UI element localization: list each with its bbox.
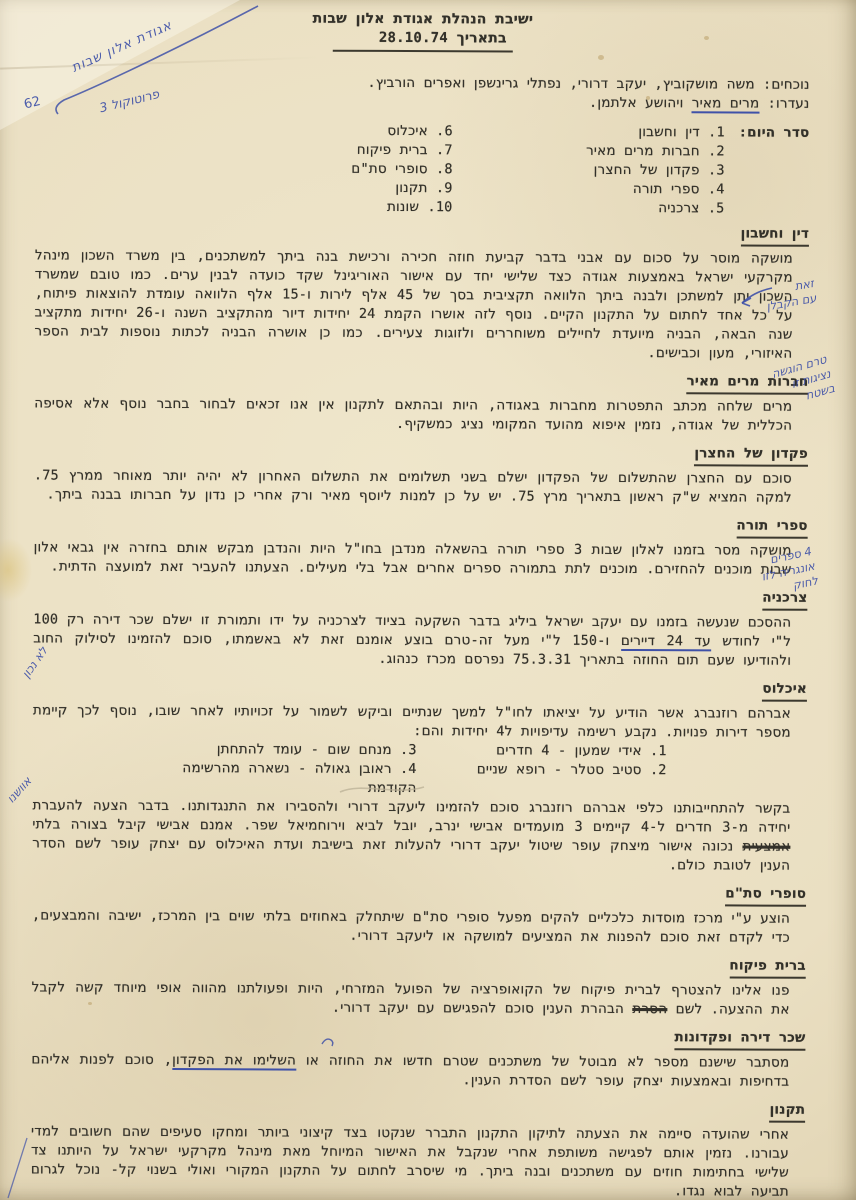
section-body: ההסכם שנעשה בזמנו עם יעקב ישראל ביליג בד… — [33, 610, 791, 670]
title-line-2-date: בתאריך 28.10.74 — [333, 29, 513, 53]
section-brit-pikuach: ברית פיקוח פנו אלינו להצטרף לברית פיקוח … — [32, 953, 806, 1019]
section-stam-scribes: סופרי סת"ם הוצע ע"י מרכז מוסדות כלכליים … — [32, 881, 806, 947]
typed-over-word: אמצעית — [743, 839, 791, 855]
section-heading: ספרי תורה — [736, 516, 807, 538]
section-heading: פקדון של החצרן — [694, 444, 808, 466]
section-regulations: תקנון אחרי שהועדה סיימה את הצעתה לתיקון … — [31, 1097, 805, 1200]
body-text: מסתבר שישנם מספר לא מבוטל של משתכנים שטר… — [296, 1053, 789, 1071]
absent-rest: ויהושע אלתמן. — [589, 95, 692, 111]
section-torah-scrolls: ספרי תורה מושקה מסר בזמנו לאלון שבות 3 ס… — [33, 513, 807, 579]
absent-label: נעדרו: — [759, 96, 809, 112]
agenda-block: סדר היום: 1. דין וחשבון 2. חברות מרים מא… — [35, 120, 809, 218]
section-heading: ברית פיקוח — [729, 956, 805, 978]
agenda-label: סדר היום: — [738, 123, 809, 218]
section-heading: סופרי סת"ם — [725, 884, 806, 906]
section-grocery: צרכניה ההסכם שנעשה בזמנו עם יעקב ישראל ב… — [33, 585, 807, 670]
list-item: 4. ראובן גאולה - נשארה מהרשימה הקודמת — [137, 759, 417, 798]
section-body: מושקה מוסר על סכום עם אבני בדבר קביעת חו… — [34, 246, 792, 363]
agenda-item: 1. דין וחשבון — [503, 122, 725, 142]
section-heading: שכר דירה ופקדונות — [674, 1028, 805, 1051]
section-heading: דין וחשבון — [741, 224, 809, 246]
section-occupancy: איכלוס אברהם רוזנברג אשר הודיע על יציאתו… — [32, 676, 807, 875]
agenda-item: 2. חברות מרים מאיר — [503, 141, 725, 161]
agenda-item: 10. שונות — [242, 197, 452, 217]
agenda-item: 9. תקנון — [243, 178, 453, 198]
section-body: אברהם רוזנברג אשר הודיע על יציאתו לחו"ל … — [33, 701, 791, 742]
section-body: פנו אלינו להצטרף לברית פיקוח של הקואופרצ… — [32, 978, 790, 1019]
section-rent-deposits: שכר דירה ופקדונות מסתבר שישנם מספר לא מב… — [31, 1025, 805, 1091]
agenda-item: 6. איכלוס — [243, 121, 453, 141]
section-body: אחרי שהועדה סיימה את הצעתה לתיקון התקנון… — [31, 1122, 789, 1200]
section-body: מסתבר שישנם מספר לא מבוטל של משתכנים שטר… — [31, 1050, 789, 1091]
pen-underlined-phrase: עד 24 דיירים — [621, 633, 711, 651]
section-heading: איכלוס — [762, 680, 807, 702]
section-membership: חברות מרים מאיר מרים שלחה מכתב התפטרות מ… — [34, 369, 808, 435]
agenda-item: 5. צרכניה — [502, 198, 724, 218]
section-report: דין וחשבון מושקה מוסר על סכום עם אבני בד… — [34, 221, 809, 363]
agenda-items-6-10: 6. איכלוס 7. ברית פיקוח 8. סופרי סת"ם 9.… — [242, 121, 452, 217]
body-text: בקשר להתחייבותנו כלפי אברהם רוזנברג סוכם… — [32, 797, 790, 835]
section-deposit: פקדון של החצרן סוכם עם החצרן שהתשלום של … — [34, 441, 808, 507]
body-text: נכונה אישור מיצחק עופר שיטול יעקב דרורי … — [32, 835, 790, 873]
agenda-items-1-5: 1. דין וחשבון 2. חברות מרים מאיר 3. פקדו… — [502, 122, 724, 218]
list-item: 3. מנחם שום - עומד להתחתן — [137, 740, 417, 760]
section-body: בקשר להתחייבותנו כלפי אברהם רוזנברג סוכם… — [32, 796, 790, 875]
section-body: מרים שלחה מכתב התפטרות מחברות באגודה, הי… — [34, 394, 792, 435]
body-text: הבהרת הענין סוכם להפגישם עם יעקב דרורי. — [332, 1000, 633, 1017]
typed-over-word: הסרת — [632, 1001, 667, 1017]
section-heading: תקנון — [770, 1101, 806, 1123]
occupancy-candidate-list: 1. אידי שמעון - 4 חדרים 3. מנחם שום - עו… — [33, 739, 667, 799]
absent-name-underlined: מרים מאיר — [692, 95, 760, 113]
section-body: הוצע ע"י מרכז מוסדות כלכליים להקים מפעל … — [32, 906, 790, 947]
typewritten-content: ישיבת הנהלת אגודת אלון שבות בתאריך 28.10… — [0, 0, 856, 1200]
scanned-document-page: ישיבת הנהלת אגודת אלון שבות בתאריך 28.10… — [0, 0, 856, 1200]
list-item: 2. סטיב סטלר - רופא שניים — [417, 760, 667, 799]
agenda-item: 3. פקדון של החצרן — [503, 160, 725, 180]
agenda-item: 8. סופרי סת"ם — [243, 159, 453, 179]
section-body: מושקה מסר בזמנו לאלון שבות 3 ספרי תורה ב… — [33, 538, 791, 579]
agenda-item: 7. ברית פיקוח — [243, 140, 453, 160]
list-item: 1. אידי שמעון - 4 חדרים — [417, 741, 667, 761]
section-body: סוכם עם החצרן שהתשלום של הפקדון ישלם בשנ… — [34, 466, 792, 507]
pen-underlined-phrase: השלימו את הפקדון — [172, 1052, 296, 1071]
agenda-item: 4. ספרי תורה — [503, 179, 725, 199]
